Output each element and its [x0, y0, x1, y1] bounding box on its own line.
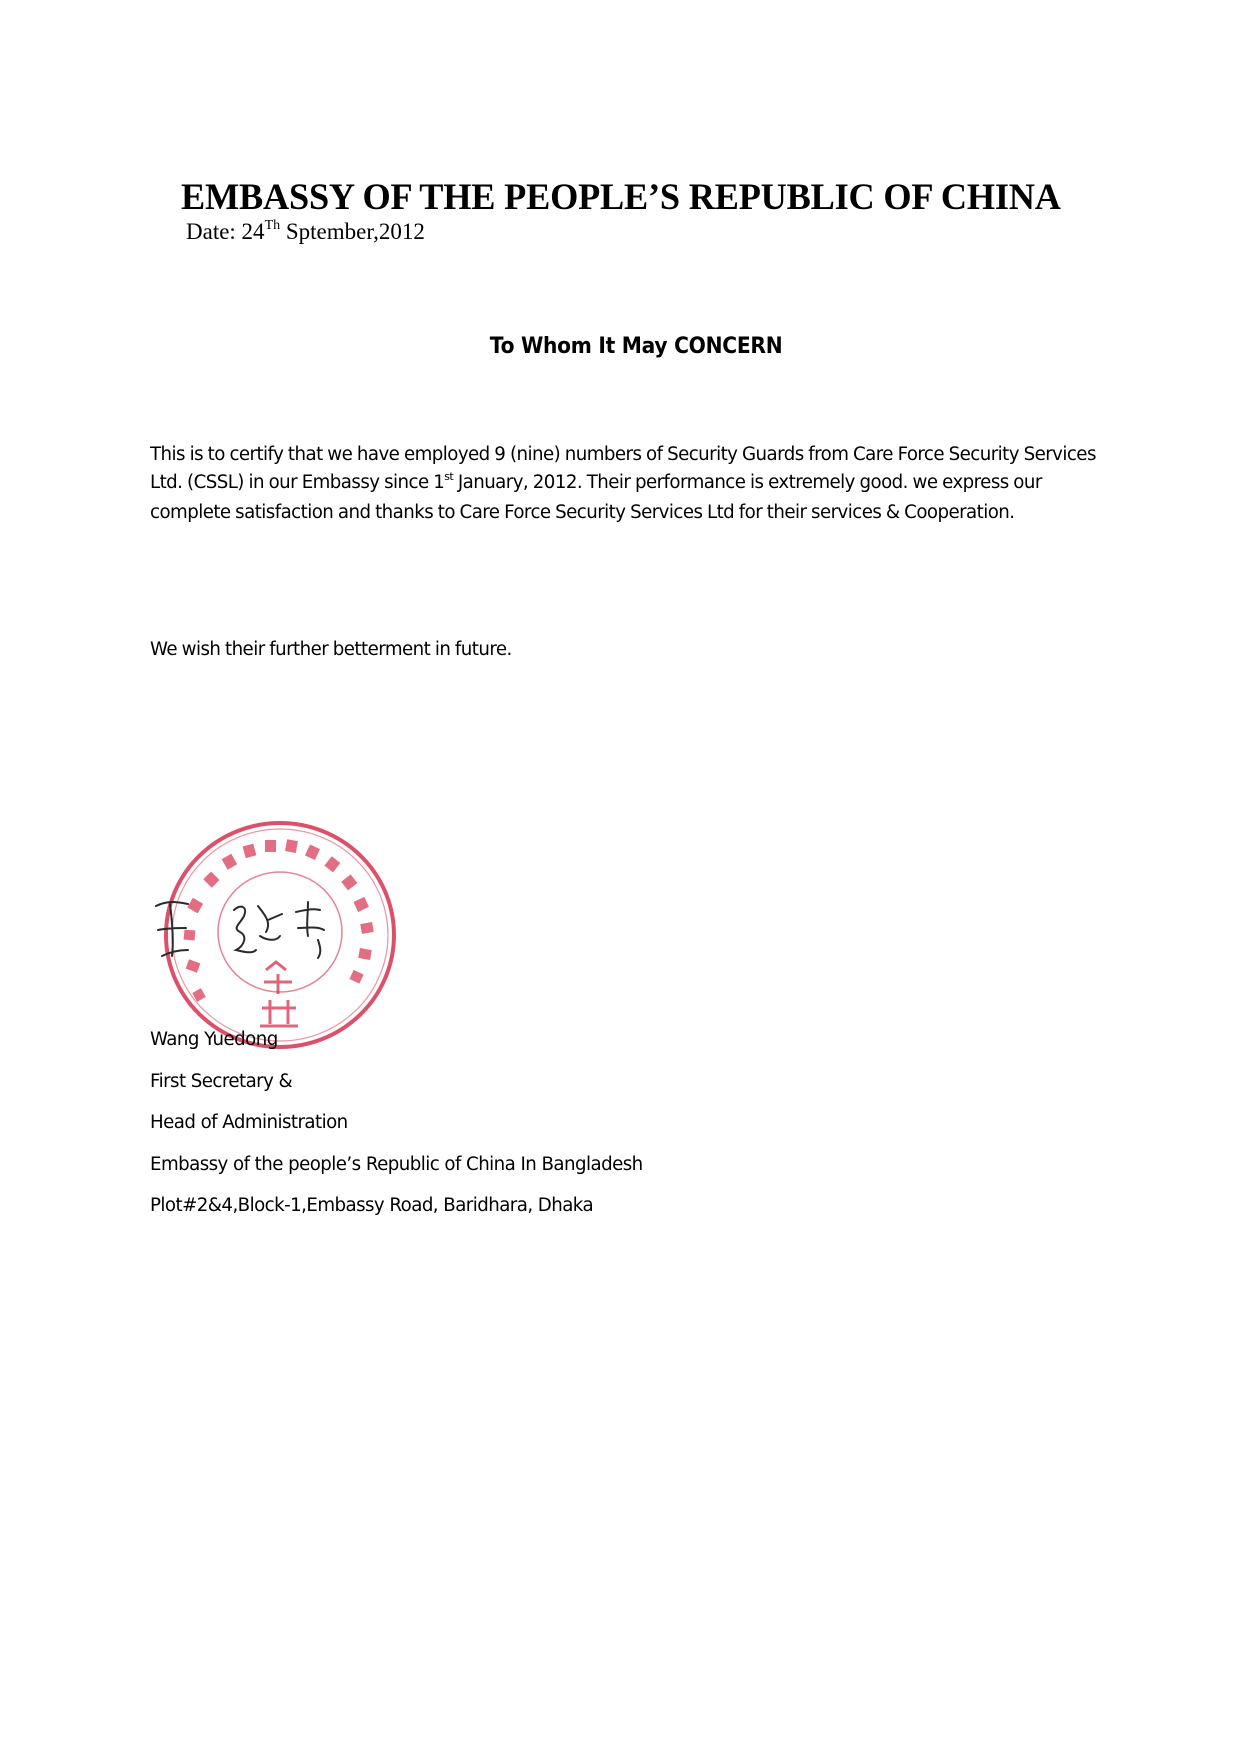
- subject-heading: To Whom It May CONCERN: [16, 334, 1241, 359]
- date-prefix: Date: 24: [186, 219, 265, 244]
- signatory-name: Wang Yuedong: [150, 1026, 643, 1068]
- date-rest: Sptember,2012: [280, 219, 425, 244]
- date-ordinal: Th: [265, 218, 281, 233]
- signatory-title-2: Head of Administration: [150, 1109, 643, 1151]
- signatory-title-1: First Secretary &: [150, 1068, 643, 1110]
- signatory-address: Plot#2&4,Block-1,Embassy Road, Baridhara…: [150, 1192, 643, 1234]
- para1-ordinal: st: [444, 470, 453, 483]
- closing-paragraph: We wish their further betterment in futu…: [150, 636, 1110, 664]
- letter-date: Date: 24Th Sptember,2012: [186, 219, 425, 245]
- letterhead-title: EMBASSY OF THE PEOPLE’S REPUBLIC OF CHIN…: [181, 176, 1061, 219]
- signature-block: Wang Yuedong First Secretary & Head of A…: [150, 1026, 643, 1234]
- official-seal-stamp-icon: [148, 810, 412, 1050]
- certification-paragraph: This is to certify that we have employed…: [150, 441, 1110, 527]
- subject-text: To Whom It May CONCERN: [490, 334, 783, 359]
- signatory-organization: Embassy of the people’s Republic of Chin…: [150, 1151, 643, 1193]
- letter-page: EMBASSY OF THE PEOPLE’S REPUBLIC OF CHIN…: [0, 0, 1241, 1755]
- handwritten-signature: [156, 902, 324, 958]
